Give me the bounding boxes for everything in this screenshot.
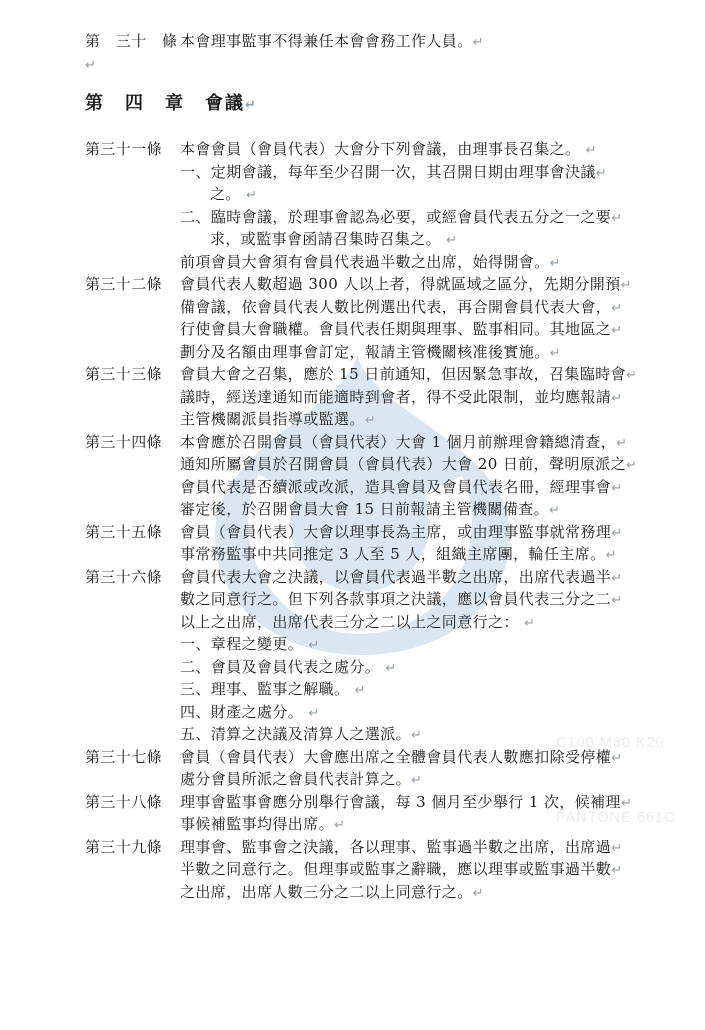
text-line-content: 會員（會員代表）大會應出席之全體會員代表人數應扣除受停權 xyxy=(180,748,611,766)
text-line: 之。 ↵ xyxy=(180,183,665,206)
article: 第三十八條理事會監事會應分別舉行會議，每 3 個月至少舉行 1 次，候補理↵事候… xyxy=(85,791,665,836)
paragraph-mark: ↵ xyxy=(596,166,607,181)
article-number-label: 第三十八條 xyxy=(85,791,180,814)
paragraph-mark: ↵ xyxy=(621,278,632,293)
text-line-content: 行使會員大會職權。會員代表任期與理事、監事相同。其地區之 xyxy=(180,320,611,338)
paragraph-mark: ↵ xyxy=(611,593,622,608)
paragraph-mark: ↵ xyxy=(626,458,637,473)
text-line: 理事會、監事會之決議，各以理事、監事過半數之出席，出席過↵ xyxy=(180,836,665,859)
text-line: 一、章程之變更。 ↵ xyxy=(180,633,665,656)
text-line: 會員大會之召集，應於 15 日前通知，但因緊急事故，召集臨時會↵ xyxy=(180,363,665,386)
text-line: 處分會員所派之會員代表計算之。↵ xyxy=(180,768,665,791)
paragraph-mark: ↵ xyxy=(611,323,622,338)
text-line-content: 事候補監事均得出席。 xyxy=(180,815,334,833)
article: 第三十六條會員代表大會之決議，以會員代表過半數之出席，出席代表過半↵數之同意行之… xyxy=(85,566,665,746)
article-lines: 會員大會之召集，應於 15 日前通知，但因緊急事故，召集臨時會↵議時，經送達通知… xyxy=(180,363,665,431)
paragraph-mark: ↵ xyxy=(621,796,632,811)
text-line: 半數之同意行之。但理事或監事之辭職，應以理事或監事過半數↵ xyxy=(180,858,665,881)
article: 第三十五條會員（會員代表）大會以理事長為主席，或由理事監事就常務理↵事常務監事中… xyxy=(85,521,665,566)
paragraph-mark: ↵ xyxy=(385,661,396,676)
paragraph-mark: ↵ xyxy=(616,436,627,451)
article-lines: 本會理事監事不得兼任本會會務工作人員。↵ xyxy=(180,30,665,53)
paragraph-mark: ↵ xyxy=(611,481,622,496)
paragraph-mark: ↵ xyxy=(246,188,257,203)
text-line-content: 會員（會員代表）大會以理事長為主席，或由理事監事就常務理 xyxy=(180,523,611,541)
text-line: 求，或監事會函請召集時召集之。 ↵ xyxy=(180,228,665,251)
article-number-label: 第 三十 條 xyxy=(85,30,180,53)
text-line: 之出席，出席人數三分之二以上同意行之。↵ xyxy=(180,881,665,904)
text-line-content: 劃分及名額由理事會訂定，報請主管機關核准後實施。 xyxy=(180,343,550,361)
article-number-label: 第三十三條 xyxy=(85,363,180,386)
article-lines: 理事會、監事會之決議，各以理事、監事過半數之出席，出席過↵半數之同意行之。但理事… xyxy=(180,836,665,904)
text-line: 本會應於召開會員（會員代表）大會 1 個月前辦理會籍總清查，↵ xyxy=(180,431,665,454)
text-line-content: 前項會員大會須有會員代表過半數之出席，始得開會。 xyxy=(180,253,550,271)
text-line: 通知所屬會員於召開會員（會員代表）大會 20 日前，聲明原派之↵ xyxy=(180,453,665,476)
text-line: 數之同意行之。但下列各款事項之決議，應以會員代表三分之二↵ xyxy=(180,588,665,611)
text-line-content: 之出席，出席人數三分之二以上同意行之。 xyxy=(180,883,473,901)
text-line-content: 理事會、監事會之決議，各以理事、監事過半數之出席，出席過 xyxy=(180,838,611,856)
article-lines: 理事會監事會應分別舉行會議，每 3 個月至少舉行 1 次，候補理↵事候補監事均得… xyxy=(180,791,665,836)
text-line-content: 事常務監事中共同推定 3 人至 5 人，組織主席團，輪任主席。 xyxy=(180,545,606,563)
article-number-label: 第三十七條 xyxy=(85,746,180,769)
article: 第三十七條會員（會員代表）大會應出席之全體會員代表人數應扣除受停權↵處分會員所派… xyxy=(85,746,665,791)
article-number-label: 第三十一條 xyxy=(85,138,180,161)
text-line: 主管機關派員指導或監選。↵ xyxy=(180,408,665,431)
article-number-label: 第三十六條 xyxy=(85,566,180,589)
paragraph-mark: ↵ xyxy=(606,548,617,563)
text-line-content: 二、會員及會員代表之處分。 xyxy=(180,658,385,676)
article-lines: 本會應於召開會員（會員代表）大會 1 個月前辦理會籍總清查，↵通知所屬會員於召開… xyxy=(180,431,665,521)
text-line-content: 理事會監事會應分別舉行會議，每 3 個月至少舉行 1 次，候補理 xyxy=(180,793,621,811)
article-number-label: 第三十四條 xyxy=(85,431,180,454)
document-body: 第 三十 條本會理事監事不得兼任本會會務工作人員。↵↵第 四 章 會議↵第三十一… xyxy=(85,30,665,903)
paragraph-mark: ↵ xyxy=(586,143,597,158)
text-line-content: 本會應於召開會員（會員代表）大會 1 個月前辦理會籍總清查， xyxy=(180,433,616,451)
blank-paragraph: ↵ xyxy=(85,53,665,76)
text-line: 五、清算之決議及清算人之選派。↵ xyxy=(180,723,665,746)
text-line-content: 數之同意行之。但下列各款事項之決議，應以會員代表三分之二 xyxy=(180,590,611,608)
text-line: 四、財產之處分。 ↵ xyxy=(180,701,665,724)
text-line-content: 一、定期會議，每年至少召開一次，其召開日期由理事會決議 xyxy=(180,163,596,181)
text-line-content: 五、清算之決議及清算人之選派。 xyxy=(180,725,411,743)
text-line-content: 半數之同意行之。但理事或監事之辭職，應以理事或監事過半數 xyxy=(180,860,611,878)
article-lines: 會員代表大會之決議，以會員代表過半數之出席，出席代表過半↵數之同意行之。但下列各… xyxy=(180,566,665,746)
text-line: 本會會員（會員代表）大會分下列會議，由理事長召集之。 ↵ xyxy=(180,138,665,161)
text-line: 審定後，於召開會員大會 15 日前報請主管機關備查。↵ xyxy=(180,498,665,521)
paragraph-mark: ↵ xyxy=(308,706,319,721)
text-line: 事候補監事均得出席。↵ xyxy=(180,813,665,836)
paragraph-mark: ↵ xyxy=(611,301,622,316)
text-line-content: 本會理事監事不得兼任本會會務工作人員。 xyxy=(180,32,473,50)
text-line-content: 主管機關派員指導或監選。 xyxy=(180,410,365,428)
text-line: 會員（會員代表）大會以理事長為主席，或由理事監事就常務理↵ xyxy=(180,521,665,544)
text-line-content: 二、臨時會議，於理事會認為必要，或經會員代表五分之一之要 xyxy=(180,208,611,226)
text-line-content: 通知所屬會員於召開會員（會員代表）大會 20 日前，聲明原派之 xyxy=(180,455,626,473)
text-line-content: 議時，經送達通知而能適時到會者，得不受此限制，並均應報請 xyxy=(180,388,611,406)
paragraph-mark: ↵ xyxy=(626,368,637,383)
text-line: 以上之出席，出席代表三分之二以上之同意行之： ↵ xyxy=(180,611,665,634)
paragraph-mark: ↵ xyxy=(411,773,422,788)
paragraph-mark: ↵ xyxy=(524,616,535,631)
text-line-content: 四、財產之處分。 xyxy=(180,703,308,721)
article-lines: 會員（會員代表）大會以理事長為主席，或由理事監事就常務理↵事常務監事中共同推定 … xyxy=(180,521,665,566)
text-line: 會員代表大會之決議，以會員代表過半數之出席，出席代表過半↵ xyxy=(180,566,665,589)
paragraph-mark: ↵ xyxy=(549,503,560,518)
text-line-content: 會員代表是否續派或改派，造具會員及會員代表名冊，經理事會 xyxy=(180,478,611,496)
article-lines: 會員（會員代表）大會應出席之全體會員代表人數應扣除受停權↵處分會員所派之會員代表… xyxy=(180,746,665,791)
paragraph-mark: ↵ xyxy=(611,211,622,226)
article-lines: 本會會員（會員代表）大會分下列會議，由理事長召集之。 ↵一、定期會議，每年至少召… xyxy=(180,138,665,273)
text-line-content: 以上之出席，出席代表三分之二以上之同意行之： xyxy=(180,613,524,631)
paragraph-mark: ↵ xyxy=(355,683,366,698)
text-line: 三、理事、監事之解職。 ↵ xyxy=(180,678,665,701)
paragraph-mark: ↵ xyxy=(611,391,622,406)
text-line: 二、會員及會員代表之處分。 ↵ xyxy=(180,656,665,679)
text-line: 前項會員大會須有會員代表過半數之出席，始得開會。↵ xyxy=(180,251,665,274)
paragraph-mark: ↵ xyxy=(334,818,345,833)
paragraph-mark: ↵ xyxy=(308,638,319,653)
text-line-content: 會員代表人數超過 300 人以上者，得就區域之區分，先期分開預 xyxy=(180,275,621,293)
chapter-heading: 第 四 章 會議↵ xyxy=(85,89,665,119)
text-line-content: 之。 xyxy=(210,185,246,203)
article: 第三十二條會員代表人數超過 300 人以上者，得就區域之區分，先期分開預↵備會議… xyxy=(85,273,665,363)
paragraph-mark: ↵ xyxy=(550,256,561,271)
article-number-label: 第三十五條 xyxy=(85,521,180,544)
paragraph-mark: ↵ xyxy=(550,346,561,361)
article-number-label: 第三十二條 xyxy=(85,273,180,296)
text-line-content: 審定後，於召開會員大會 15 日前報請主管機關備查。 xyxy=(180,500,549,518)
document-page: C100 M80 K20 PANTONE 661C 第 三十 條本會理事監事不得… xyxy=(0,0,705,1030)
article: 第三十三條會員大會之召集，應於 15 日前通知，但因緊急事故，召集臨時會↵議時，… xyxy=(85,363,665,431)
text-line: 本會理事監事不得兼任本會會務工作人員。↵ xyxy=(180,30,665,53)
text-line: 劃分及名額由理事會訂定，報請主管機關核准後實施。↵ xyxy=(180,341,665,364)
text-line-content: 求，或監事會函請召集時召集之。 xyxy=(210,230,446,248)
text-line-content: 會員大會之召集，應於 15 日前通知，但因緊急事故，召集臨時會 xyxy=(180,365,626,383)
text-line-content: 三、理事、監事之解職。 xyxy=(180,680,355,698)
text-line-content: 會員代表大會之決議，以會員代表過半數之出席，出席代表過半 xyxy=(180,568,611,586)
paragraph-mark: ↵ xyxy=(611,751,622,766)
text-line: 行使會員大會職權。會員代表任期與理事、監事相同。其地區之↵ xyxy=(180,318,665,341)
text-line: 會員代表人數超過 300 人以上者，得就區域之區分，先期分開預↵ xyxy=(180,273,665,296)
text-line-content: 備會議，依會員代表人數比例選出代表，再合開會員代表大會， xyxy=(180,298,611,316)
text-line-content: 處分會員所派之會員代表計算之。 xyxy=(180,770,411,788)
chapter-heading-text: 第 四 章 會議 xyxy=(85,93,245,114)
text-line-content: 一、章程之變更。 xyxy=(180,635,308,653)
text-line: 理事會監事會應分別舉行會議，每 3 個月至少舉行 1 次，候補理↵ xyxy=(180,791,665,814)
paragraph-mark: ↵ xyxy=(611,841,622,856)
text-line: 會員（會員代表）大會應出席之全體會員代表人數應扣除受停權↵ xyxy=(180,746,665,769)
text-line-content: 本會會員（會員代表）大會分下列會議，由理事長召集之。 xyxy=(180,140,586,158)
paragraph-mark: ↵ xyxy=(245,98,256,113)
article: 第三十四條本會應於召開會員（會員代表）大會 1 個月前辦理會籍總清查，↵通知所屬… xyxy=(85,431,665,521)
paragraph-mark: ↵ xyxy=(611,863,622,878)
article-lines: 會員代表人數超過 300 人以上者，得就區域之區分，先期分開預↵備會議，依會員代… xyxy=(180,273,665,363)
text-line: 議時，經送達通知而能適時到會者，得不受此限制，並均應報請↵ xyxy=(180,386,665,409)
text-line: 一、定期會議，每年至少召開一次，其召開日期由理事會決議↵ xyxy=(180,161,665,184)
article: 第三十九條理事會、監事會之決議，各以理事、監事過半數之出席，出席過↵半數之同意行… xyxy=(85,836,665,904)
article-number-label: 第三十九條 xyxy=(85,836,180,859)
text-line: 事常務監事中共同推定 3 人至 5 人，組織主席團，輪任主席。↵ xyxy=(180,543,665,566)
article: 第 三十 條本會理事監事不得兼任本會會務工作人員。↵ xyxy=(85,30,665,53)
paragraph-mark: ↵ xyxy=(473,35,484,50)
text-line: 會員代表是否續派或改派，造具會員及會員代表名冊，經理事會↵ xyxy=(180,476,665,499)
paragraph-mark: ↵ xyxy=(611,526,622,541)
paragraph-mark: ↵ xyxy=(85,58,96,73)
paragraph-mark: ↵ xyxy=(473,886,484,901)
paragraph-mark: ↵ xyxy=(411,728,422,743)
paragraph-mark: ↵ xyxy=(611,571,622,586)
paragraph-mark: ↵ xyxy=(446,233,457,248)
text-line: 備會議，依會員代表人數比例選出代表，再合開會員代表大會，↵ xyxy=(180,296,665,319)
paragraph-mark: ↵ xyxy=(365,413,376,428)
text-line: 二、臨時會議，於理事會認為必要，或經會員代表五分之一之要↵ xyxy=(180,206,665,229)
article: 第三十一條本會會員（會員代表）大會分下列會議，由理事長召集之。 ↵一、定期會議，… xyxy=(85,138,665,273)
